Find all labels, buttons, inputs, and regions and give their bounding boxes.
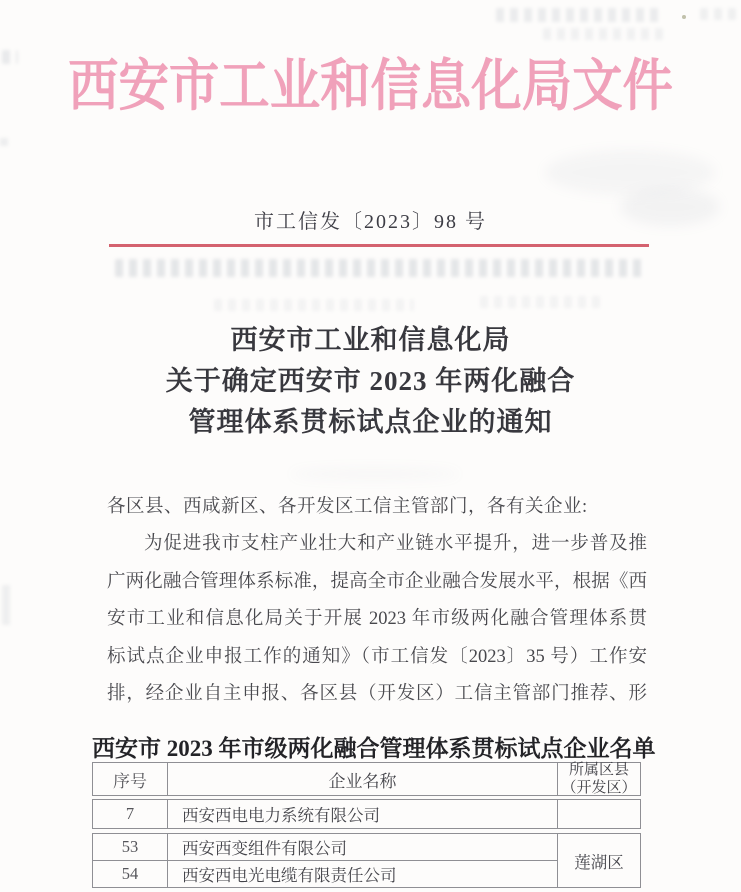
scanned-document-page: 西安市工业和信息化局文件 市工信发〔2023〕98 号 西安市工业和信息化局 关… (0, 0, 741, 892)
scan-artifact (214, 299, 414, 311)
cell-no: 53 (93, 834, 168, 860)
scan-artifact (0, 138, 10, 146)
table-row: 53 西安西变组件有限公司 (93, 834, 557, 861)
scan-artifact (543, 28, 663, 40)
table-row: 7 西安西电电力系统有限公司 (92, 799, 641, 829)
cell-no: 7 (93, 800, 168, 828)
header-district-line-2: （开发区） (561, 779, 636, 797)
header-cell-no: 序号 (93, 763, 168, 795)
cell-company-name: 西安西电光电缆有限责任公司 (168, 861, 557, 887)
scan-artifact (2, 50, 18, 64)
header-cell-district: 所属区县 （开发区） (558, 763, 640, 795)
cell-no: 54 (93, 861, 168, 887)
notice-title-line-2: 关于确定西安市 2023 年两化融合 (0, 361, 741, 402)
cell-district-empty (558, 800, 640, 828)
notice-title-line-1: 西安市工业和信息化局 (0, 320, 741, 361)
table-row-group: 53 西安西变组件有限公司 54 西安西电光电缆有限责任公司 莲湖区 (92, 833, 641, 888)
notice-title: 西安市工业和信息化局 关于确定西安市 2023 年两化融合 管理体系贯标试点企业… (0, 320, 741, 443)
cell-company-name: 西安西变组件有限公司 (168, 834, 557, 860)
cell-company-name: 西安西电电力系统有限公司 (168, 800, 558, 828)
scan-artifact (2, 585, 14, 625)
scan-artifact (480, 296, 600, 308)
scan-artifact (682, 15, 686, 19)
row-group-left: 53 西安西变组件有限公司 54 西安西电光电缆有限责任公司 (93, 834, 558, 887)
table-title: 西安市 2023 年市级两化融合管理体系贯标试点企业名单 (92, 730, 641, 763)
paragraph-line: 安市工业和信息化局关于开展 2023 年市级两化融合管理体系贯 (107, 601, 647, 639)
paragraph-line: 标试点企业申报工作的通知》（市工信发〔2023〕35 号）工作安 (107, 639, 647, 677)
body-paragraph: 为促进我市支柱产业壮大和产业链水平提升，进一步普及推 广两化融合管理体系标准，提… (107, 526, 647, 714)
scan-artifact (545, 150, 715, 195)
table-header-row: 序号 企业名称 所属区县 （开发区） (92, 762, 641, 796)
paragraph-line: 排，经企业自主申报、各区县（开发区）工信主管部门推荐、形 (107, 676, 647, 714)
document-number: 市工信发〔2023〕98 号 (0, 205, 741, 234)
agency-letterhead-title: 西安市工业和信息化局文件 (37, 56, 704, 118)
scan-artifact (290, 468, 460, 480)
scan-artifact (115, 259, 643, 277)
paragraph-line: 为促进我市支柱产业壮大和产业链水平提升，进一步普及推 (107, 526, 647, 564)
paragraph-line: 广两化融合管理体系标准，提高全市企业融合发展水平，根据《西 (107, 564, 647, 602)
scan-artifact (700, 8, 736, 20)
header-cell-name: 企业名称 (168, 763, 558, 795)
notice-title-line-3: 管理体系贯标试点企业的通知 (0, 402, 741, 443)
header-district-line-1: 所属区县 (569, 761, 629, 779)
cell-district-merged: 莲湖区 (558, 834, 640, 887)
table-row: 54 西安西电光电缆有限责任公司 (93, 861, 557, 887)
red-divider-line (109, 244, 649, 247)
salutation-line: 各区县、西咸新区、各开发区工信主管部门，各有关企业: (107, 492, 667, 518)
scan-artifact (496, 8, 661, 22)
